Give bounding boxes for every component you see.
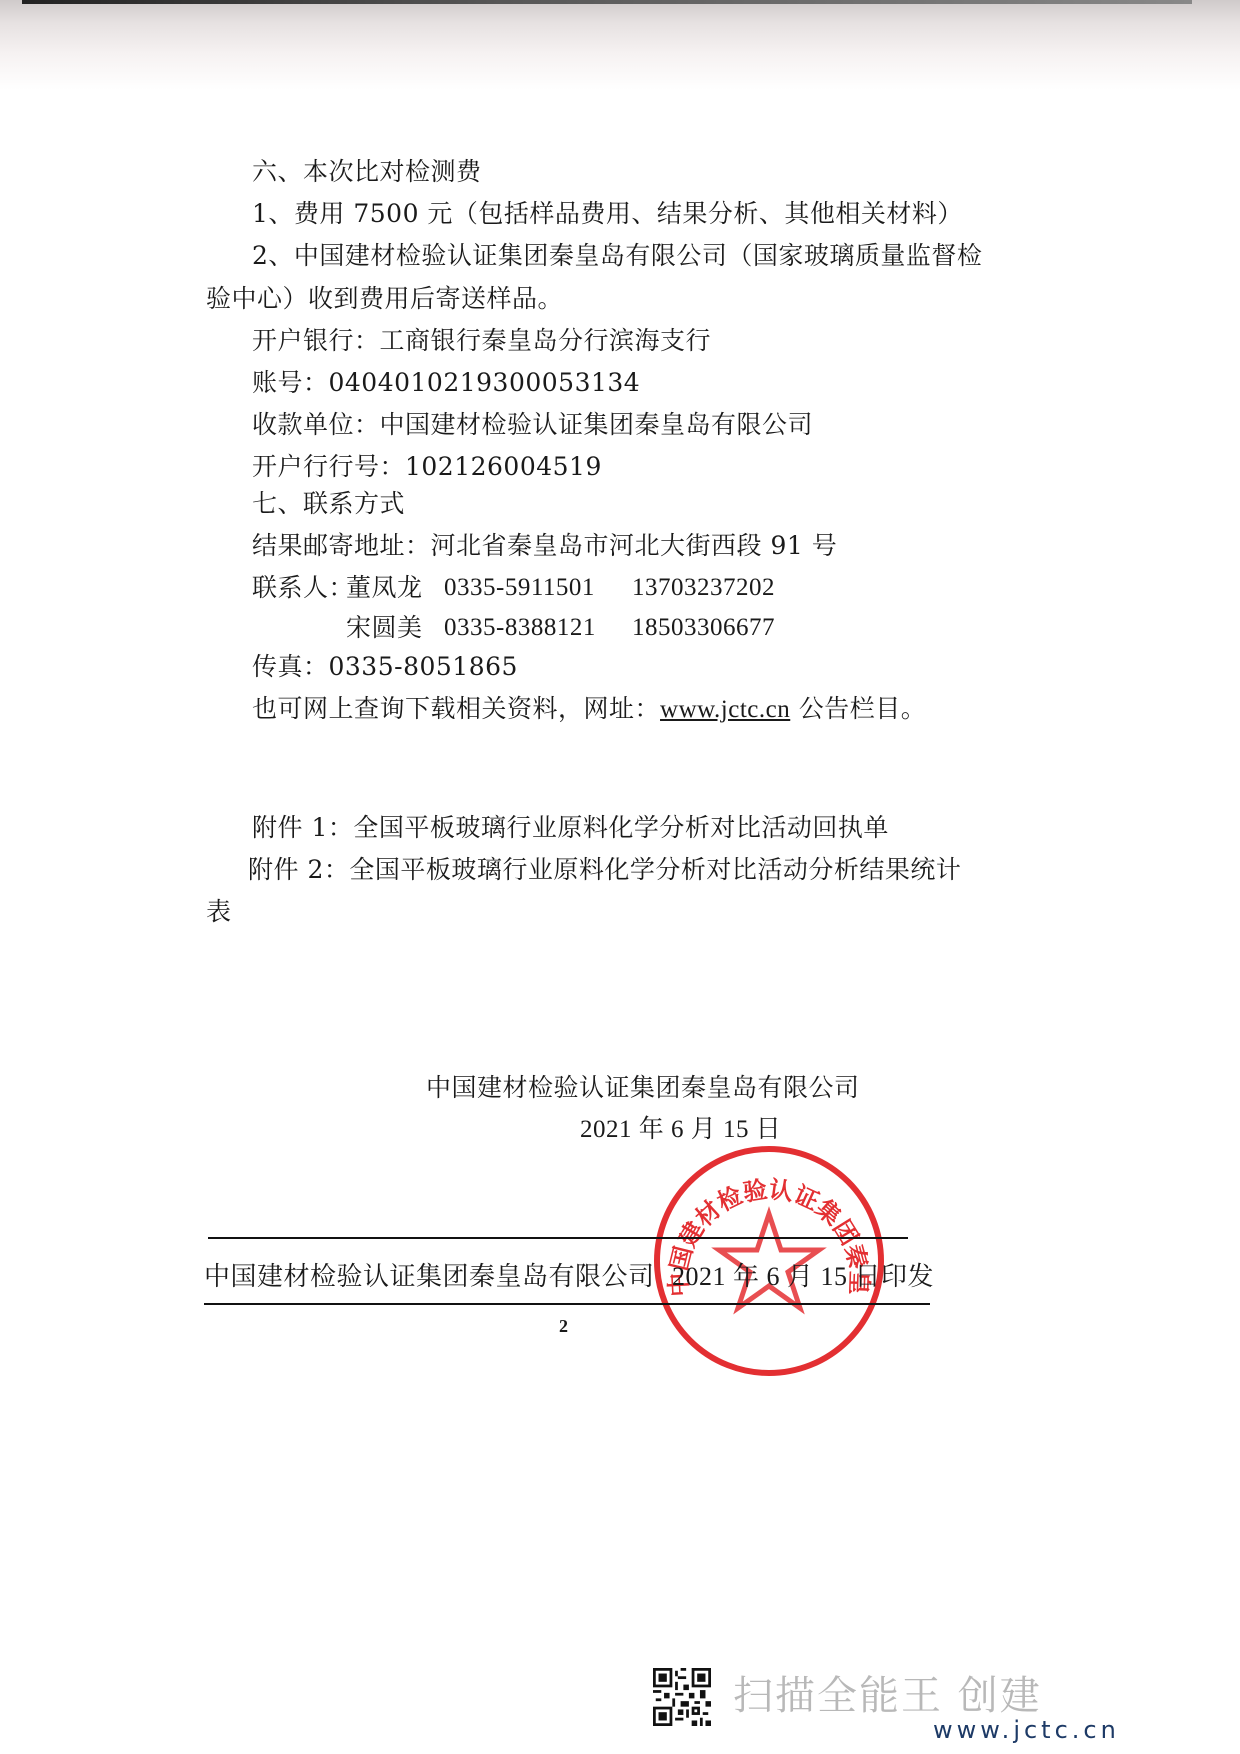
account-number: 账号：0404010219300053134 xyxy=(252,366,640,400)
attachment-1: 附件 1：全国平板玻璃行业原料化学分析对比活动回执单 xyxy=(252,811,889,845)
payment-item-line1: 2、中国建材检验认证集团秦皇岛有限公司（国家玻璃质量监督检 xyxy=(252,239,982,273)
contact-mobile: 18503306677 xyxy=(632,611,775,645)
section7-heading: 七、联系方式 xyxy=(252,487,405,521)
scan-edge xyxy=(22,0,1192,4)
bank-code: 开户行行号：102126004519 xyxy=(252,450,602,484)
contact-phone: 0335-5911501 xyxy=(444,571,595,605)
page-number: 2 xyxy=(559,1316,568,1337)
attachment-2-line1: 附件 2：全国平板玻璃行业原料化学分析对比活动分析结果统计 xyxy=(248,853,961,887)
footer-issuer: 中国建材检验认证集团秦皇岛有限公司 xyxy=(204,1260,655,1294)
fee-item: 1、费用 7500 元（包括样品费用、结果分析、其他相关材料） xyxy=(252,197,963,231)
qr-code-icon xyxy=(653,1668,711,1726)
footer-issue-date: 2021 年 6 月 15 日印发 xyxy=(672,1260,934,1294)
contact-row: 宋圆美 0335-8388121 18503306677 xyxy=(252,611,852,645)
footer-bottom-rule xyxy=(204,1303,930,1305)
contact-name: 董凤龙 xyxy=(346,571,423,605)
signature-org: 中国建材检验认证集团秦皇岛有限公司 xyxy=(426,1071,860,1105)
payment-item-line2: 验中心）收到费用后寄送样品。 xyxy=(206,282,563,316)
footer-top-rule xyxy=(208,1237,908,1239)
scanner-watermark: 扫描全能王 创建 xyxy=(733,1664,1042,1721)
payee: 收款单位：中国建材检验认证集团秦皇岛有限公司 xyxy=(252,408,813,442)
website-link[interactable]: www.jctc.cn xyxy=(660,696,790,723)
watermark-url: www.jctc.cn xyxy=(933,1716,1120,1744)
website-suffix: 公告栏目。 xyxy=(790,694,926,723)
contact-name: 宋圆美 xyxy=(346,611,423,645)
website-line: 也可网上查询下载相关资料，网址：www.jctc.cn 公告栏目。 xyxy=(252,692,926,727)
website-prefix: 也可网上查询下载相关资料，网址： xyxy=(252,694,660,723)
mailing-address: 结果邮寄地址：河北省秦皇岛市河北大街西段 91 号 xyxy=(252,529,837,563)
contact-mobile: 13703237202 xyxy=(632,571,775,605)
signature-date: 2021 年 6 月 15 日 xyxy=(580,1113,781,1147)
contact-row: 联系人： 董凤龙 0335-5911501 13703237202 xyxy=(252,571,852,605)
attachment-2-line2: 表 xyxy=(206,895,232,929)
scan-shadow xyxy=(0,0,1240,90)
bank-name: 开户银行：工商银行秦皇岛分行滨海支行 xyxy=(252,324,711,358)
section6-heading: 六、本次比对检测费 xyxy=(252,155,482,189)
contacts-label: 联系人： xyxy=(252,571,354,605)
fax: 传真：0335-8051865 xyxy=(252,650,518,684)
contact-phone: 0335-8388121 xyxy=(444,611,596,645)
